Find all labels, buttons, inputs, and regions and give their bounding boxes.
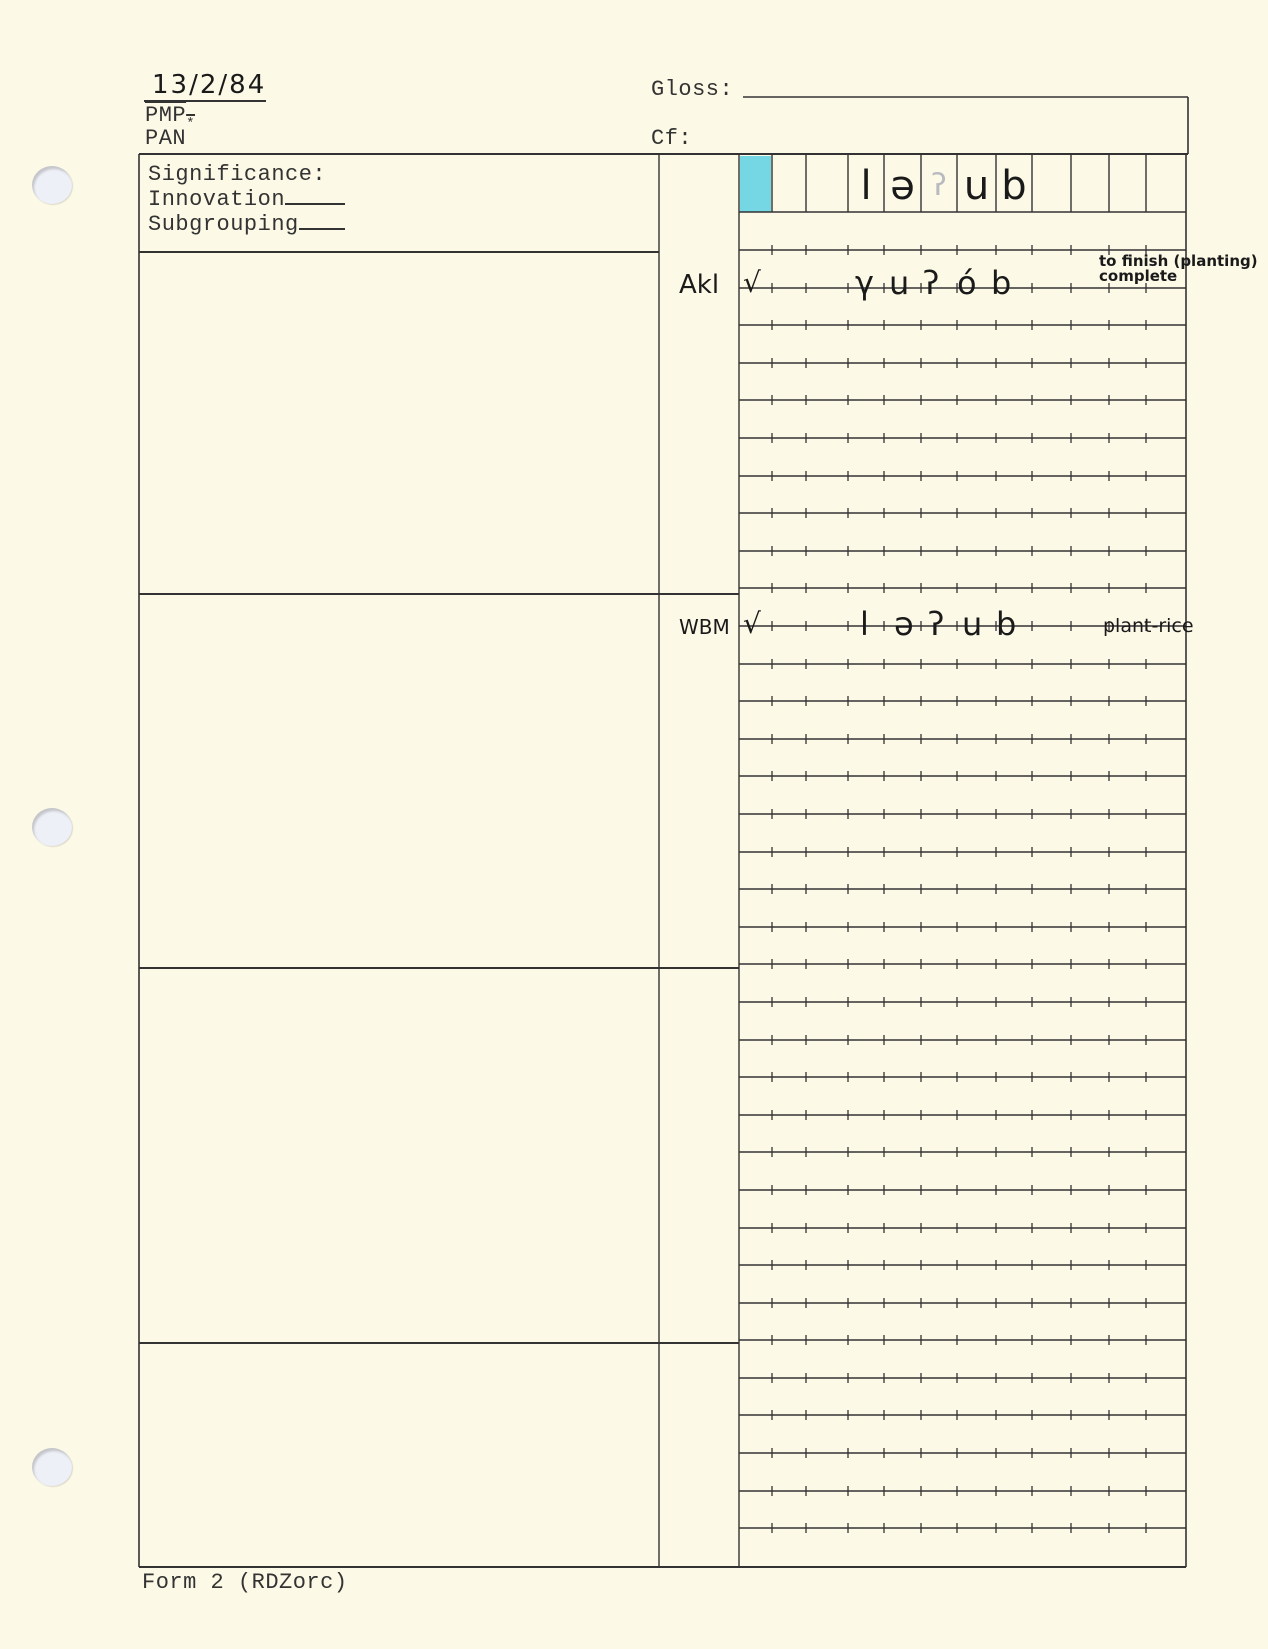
form-segment: ə [894,605,914,643]
reconstruction-cell[interactable]: b [996,164,1032,208]
form-grid [0,0,1268,1649]
form-segment: l [860,605,869,643]
reconstruction-cell[interactable]: ʔ [921,164,957,208]
form-segment: ó [957,264,977,302]
form-segment: b [996,605,1016,643]
reconstruction-cell[interactable]: u [957,164,996,208]
form-segment: b [991,264,1011,302]
form-segment: ʔ [923,264,939,302]
entry-language: Akl [679,270,719,300]
form-segment: γ [855,264,874,302]
form-segment: u [962,605,982,643]
check-mark-icon: √ [743,607,761,640]
form-segment: u [889,264,909,302]
entry-language: WBM [679,615,730,639]
entry-gloss-secondary: complete [1099,267,1177,285]
entry-gloss: plant-rice [1103,615,1194,637]
form-label: Form 2 (RDZorc) [142,1572,348,1594]
reconstruction-cell[interactable]: l [848,164,884,208]
check-mark-icon: √ [743,266,761,299]
form-segment: ʔ [928,605,944,643]
reconstruction-cell[interactable]: ə [884,164,921,208]
